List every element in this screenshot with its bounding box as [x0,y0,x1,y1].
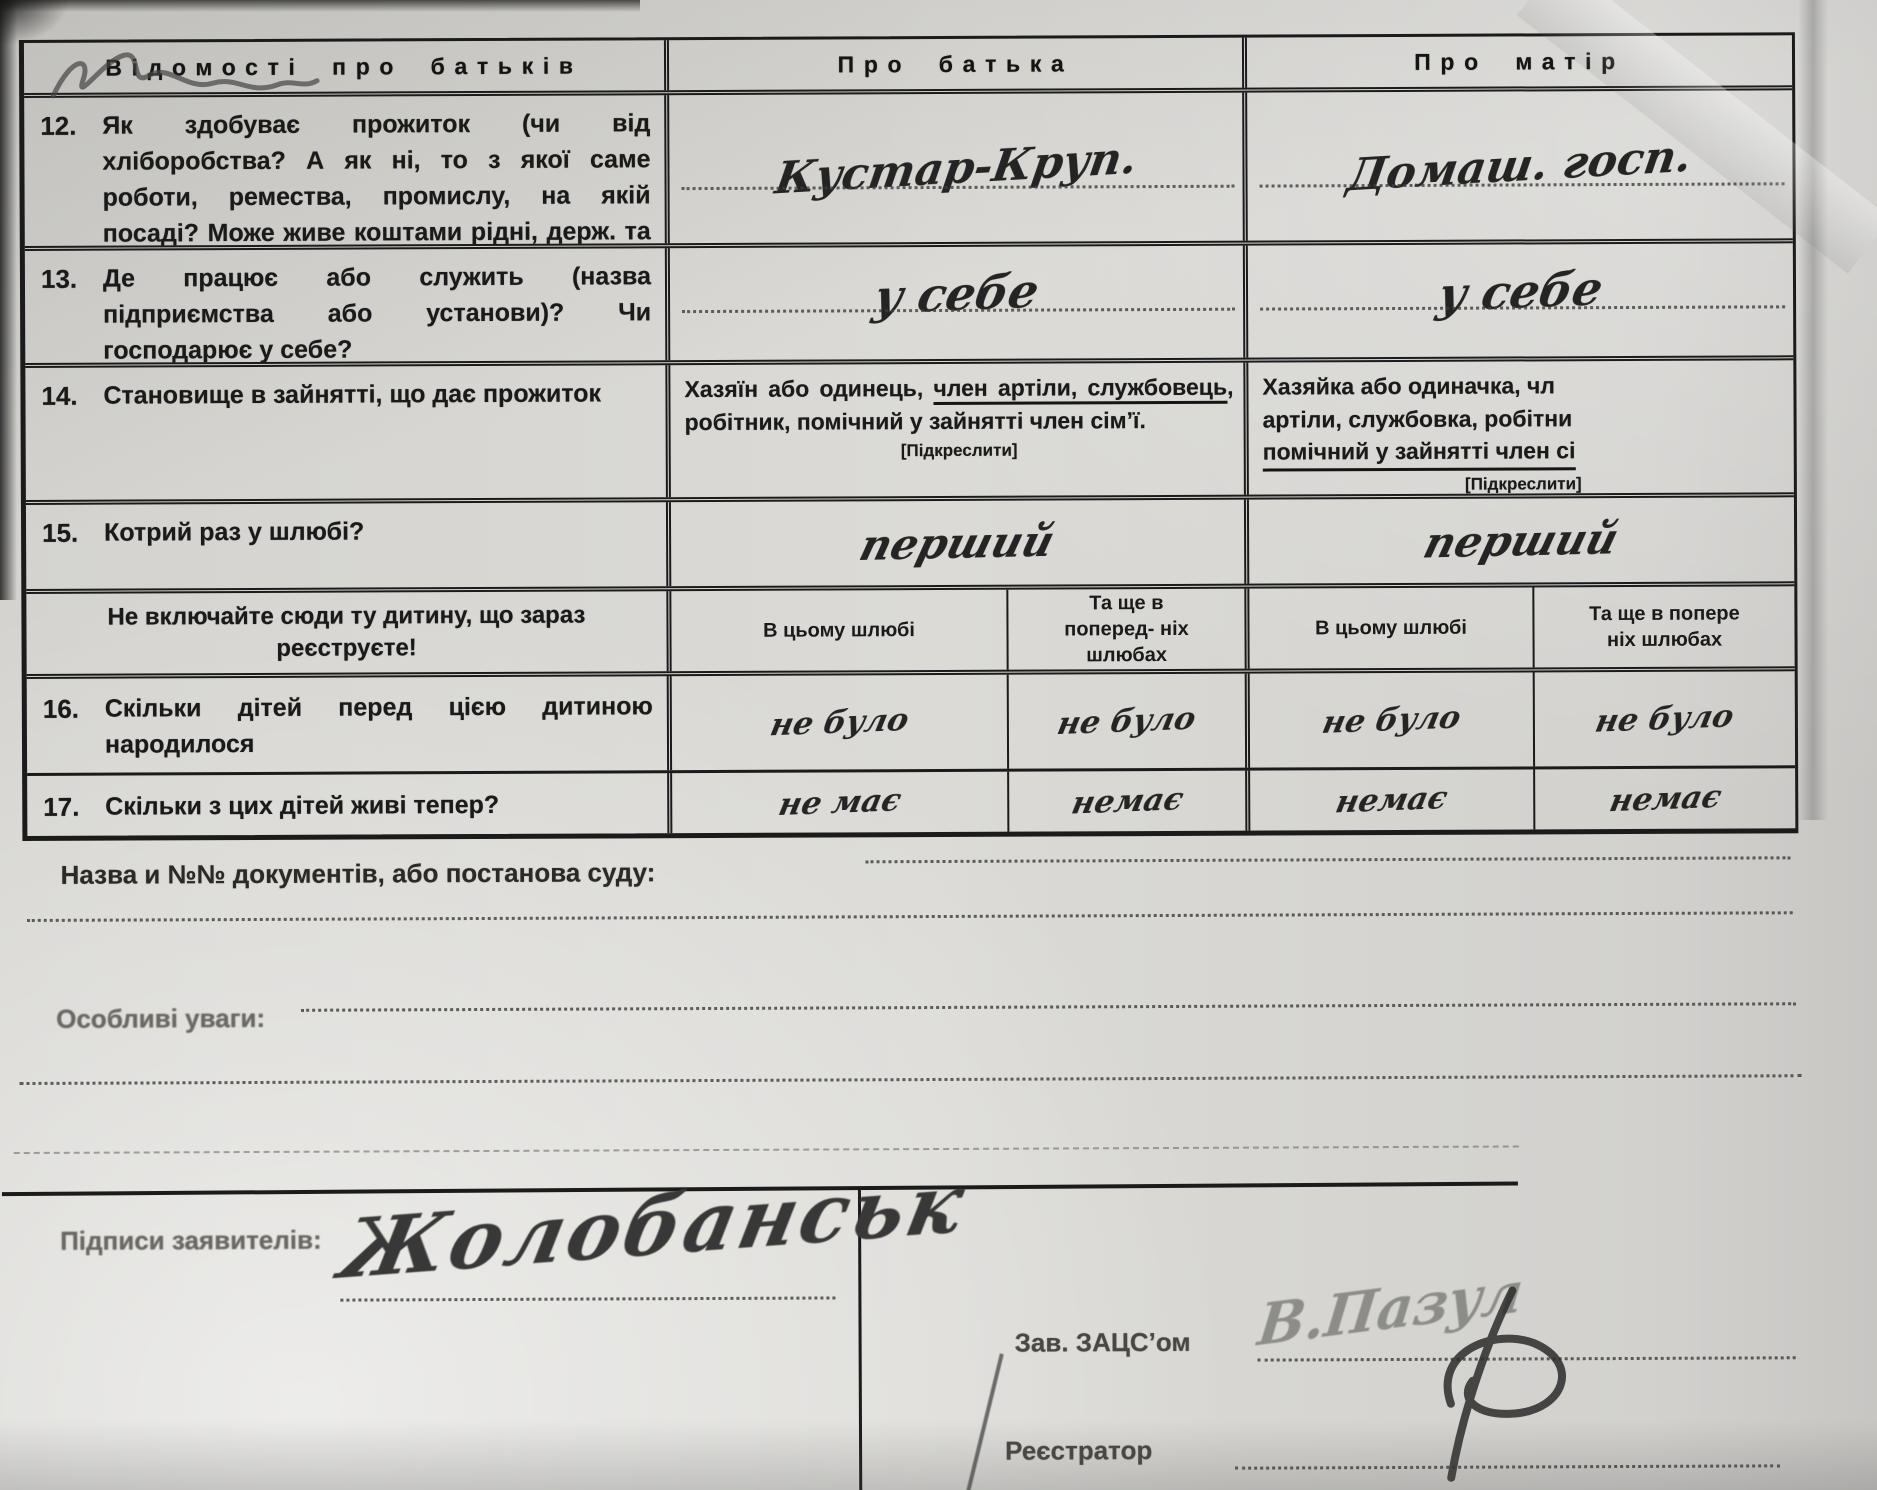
q16-handwriting-4: не було [1592,698,1737,740]
q13-number: 13. [41,261,77,299]
q13-text: Де працює або служить (назва підприємств… [103,262,651,363]
paper-bottom-shadow [0,1420,1877,1490]
q14-mother-underline-note: [Підкреслити] [1263,471,1784,494]
q14-mother-line3: помічний у зайнятті член сі [1263,434,1784,472]
scanned-form: Відомості про батьків Про батька Про мат… [0,0,1877,1490]
q16-mother-this-answer: не було [1245,672,1533,767]
q15-question: 15. Котрий раз у шлюбі? [26,502,666,589]
row-q16: 16. Скільки дітей перед цією дитиною нар… [27,666,1795,773]
q16-number: 16. [43,691,79,729]
notes-leader-line [301,1002,1796,1012]
q17-question: 17. Скільки з цих дітей живі тепер? [27,773,667,836]
q15-text: Котрий раз у шлюбі? [104,518,364,547]
q14-father-option-text: Хазяїн або одинець, член артіли, службов… [684,371,1233,439]
row-q13: 13. Де працює або служить (назва підприє… [25,238,1793,363]
q16-handwriting-2: не було [1054,700,1199,742]
subheader-note-text: Не включайте сюди ту дитину, що зараз ре… [86,599,606,666]
faint-rule [14,1145,1519,1154]
subheader-father-prev-marriages: Та ще в поперед- ніх шлюбах [1006,589,1244,670]
q12-mother-handwriting: Домаш. госп. [1344,130,1696,201]
q16-handwriting-1: не було [767,702,912,744]
q17-text: Скільки з цих дітей живі тепер? [105,791,499,821]
q13-mother-answer: у себе [1243,243,1793,357]
subheader-note: Не включайте сюди ту дитину, що зараз ре… [26,591,666,674]
q14-text: Становище в зайнятті, що дає прожиток [103,379,601,409]
q14-number: 14. [41,378,77,416]
row-subheader: Не включайте сюди ту дитину, що зараз ре… [26,581,1794,674]
q16-question: 16. Скільки дітей перед цією дитиною нар… [27,676,667,773]
notes-extra-line [19,1074,1801,1085]
q14-mother-line2: артіли, службовка, робітни [1263,401,1784,436]
q15-mother-handwriting: перший [1419,514,1624,567]
q15-mother-answer: перший [1244,497,1794,583]
q14-mother-line1: Хазяйка або одиначка, чл [1262,368,1783,403]
q17-father-prev-answer: немає [1007,771,1245,832]
row-q14: 14. Становище в зайнятті, що дає прожито… [25,355,1794,500]
documents-leader-line [866,856,1791,863]
q14-mother-underlined: помічний у зайнятті член сі [1263,435,1576,472]
q17-handwriting-2: немає [1068,781,1186,822]
q17-handwriting-3: немає [1333,780,1451,821]
paper-sheet: Відомості про батьків Про батька Про мат… [0,0,1877,1490]
q14-father-underline-note: [Підкреслити] [685,438,1234,465]
q15-father-handwriting: перший [855,516,1060,569]
parents-info-table: Відомості про батьків Про батька Про мат… [19,32,1798,841]
special-notes-label: Особливі уваги: [56,1003,265,1035]
scan-edge-left [0,0,17,600]
applicant-signatures-label: Підписи заявителів: [60,1225,322,1257]
q15-father-answer: перший [666,500,1244,587]
q16-mother-prev-answer: не було [1533,671,1795,766]
q13-father-answer: у себе [665,246,1243,361]
q16-father-this-answer: не було [667,675,1007,770]
corner-scribble [45,45,325,112]
q14-father-options: Хазяїн або одинець, член артіли, службов… [665,363,1244,498]
q17-father-this-answer: не має [667,772,1007,833]
q12-father-answer: Кустар-Круп. [664,93,1243,244]
applicant-signature-line [340,1296,835,1301]
q14-father-pre: Хазяїн або одинець, [684,375,933,402]
zags-head-label: Зав. ЗАЦС’ом [1015,1327,1191,1359]
q13-question: 13. Де працює або служить (назва підприє… [25,248,665,363]
documents-label: Назва и №№ документів, або постанова суд… [60,857,655,891]
paper-fold-shadow [1798,0,1828,820]
q14-father-underlined: член артіли, службовець [933,374,1227,405]
q17-handwriting-1: не має [775,782,904,823]
q17-number: 17. [43,789,79,827]
subheader-mother-this-marriage: В цьому шлюбі [1244,587,1532,668]
q15-number: 15. [42,515,78,553]
documents-extra-line [27,911,1793,922]
q16-text: Скільки дітей перед цією дитиною народил… [105,692,653,758]
q17-mother-this-answer: немає [1245,769,1533,830]
q13-father-handwriting: у себе [869,263,1044,324]
q13-mother-handwriting: у себе [1433,261,1608,322]
header-father: Про батька [664,38,1242,91]
q12-text: Як здобуває прожиток (чи від хліборобств… [102,109,651,246]
q12-number: 12. [40,108,76,146]
q12-question: 12. Як здобуває прожиток (чи від хліборо… [24,95,665,246]
row-q17: 17. Скільки з цих дітей живі тепер? не м… [27,765,1795,836]
q17-mother-prev-answer: немає [1533,768,1795,829]
scan-corner-shadow [0,0,70,46]
applicant-signature: Жолобанськ [333,1155,975,1297]
row-q15: 15. Котрий раз у шлюбі? перший перший [26,492,1794,589]
q17-handwriting-4: немає [1606,778,1724,819]
subheader-father-this-marriage: В цьому шлюбі [666,590,1006,671]
q16-handwriting-3: не було [1319,699,1464,741]
q16-father-prev-answer: не було [1007,674,1245,769]
q14-mother-options: Хазяйка або одиначка, чл артіли, службов… [1243,360,1794,494]
scan-edge-top [0,0,640,12]
subheader-mother-prev-marriages: Та ще в попере ніх шлюбах [1532,586,1794,667]
q14-question: 14. Становище в зайнятті, що дає прожито… [25,365,666,500]
q12-father-handwriting: Кустар-Круп. [771,132,1140,204]
